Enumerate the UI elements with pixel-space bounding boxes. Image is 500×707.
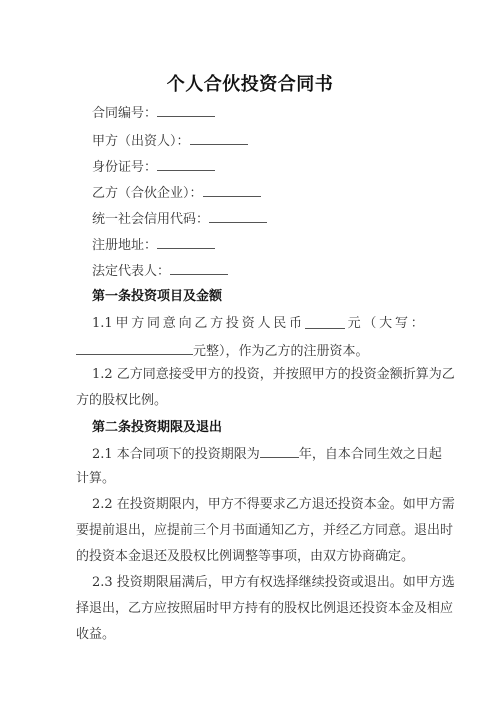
char: 投	[226, 316, 239, 332]
party-a-blank[interactable]	[190, 132, 248, 145]
field-party-b: 乙方（合伙企业）：	[92, 184, 261, 202]
clause-text: 年，自本合同生效之日起	[299, 447, 442, 462]
field-label: 合同编号：	[92, 106, 157, 121]
contract-page: 个人合伙投资合同书 合同编号： 甲方（出资人）： 身份证号： 乙方（合伙企业）：…	[0, 0, 500, 707]
clause-2-3-line1: 2.3 投资期限届满后，甲方有权选择继续投资或退出。如甲方选	[92, 575, 455, 591]
years-blank[interactable]	[260, 445, 299, 458]
clause-text: 元整），作为乙方的注册资本。	[193, 344, 369, 359]
clause-1-1-line2: 元整），作为乙方的注册资本。	[76, 342, 424, 360]
clause-2-1-line1: 2.1 本合同项下的投资期限为年，自本合同生效之日起	[92, 445, 442, 463]
amount-blank[interactable]	[305, 316, 345, 329]
char: 大	[379, 316, 392, 332]
field-credit-code: 统一社会信用代码：	[92, 210, 267, 228]
party-b-blank[interactable]	[203, 184, 261, 197]
field-legal-representative: 法定代表人：	[92, 262, 228, 280]
field-id-number: 身份证号：	[92, 158, 215, 176]
char: 方	[131, 316, 144, 332]
clause-1-1-line1: 1.1 甲 方 同 意 向 乙 方 投 资 人 民 币 元 （ 大 写 ：	[92, 316, 424, 332]
char: （	[363, 316, 376, 332]
char: 民	[273, 316, 286, 332]
contract-number-blank[interactable]	[157, 104, 215, 117]
char: 乙	[194, 316, 207, 332]
char: 资	[242, 316, 255, 332]
field-party-a: 甲方（出资人）：	[92, 132, 248, 150]
char: 意	[163, 316, 176, 332]
char: 元	[348, 316, 361, 332]
char: 写	[395, 316, 408, 332]
clause-2-2-line2: 要提前退出，应提前三个月书面通知乙方，并经乙方同意。退出时	[76, 523, 424, 539]
id-number-blank[interactable]	[157, 158, 215, 171]
clause-2-2-line3: 的投资本金退还及股权比例调整等事项，由双方协商确定。	[76, 549, 424, 565]
legal-representative-blank[interactable]	[170, 262, 228, 275]
clause-number: 1.1	[92, 316, 113, 332]
char: 同	[147, 316, 160, 332]
field-contract-number: 合同编号：	[92, 104, 215, 122]
registered-address-blank[interactable]	[157, 236, 215, 249]
document-title: 个人合伙投资合同书	[0, 70, 500, 96]
clause-2-3-line3: 收益。	[76, 627, 424, 643]
field-label: 甲方（出资人）：	[92, 134, 190, 149]
section-1-heading: 第一条投资项目及金额	[92, 289, 222, 305]
char: 人	[257, 316, 270, 332]
field-label: 注册地址：	[92, 238, 157, 253]
field-label: 统一社会信用代码：	[92, 212, 209, 227]
clause-text: 2.1 本合同项下的投资期限为	[92, 447, 260, 462]
char: ：	[411, 316, 424, 332]
credit-code-blank[interactable]	[209, 210, 267, 223]
clause-1-2-line1: 1.2 乙方同意接受甲方的投资，并按照甲方的投资金额折算为乙	[92, 367, 455, 383]
field-label: 法定代表人：	[92, 264, 170, 279]
field-label: 乙方（合伙企业）：	[92, 186, 203, 201]
amount-words-blank[interactable]	[76, 342, 193, 355]
char: 方	[210, 316, 223, 332]
clause-2-3-line2: 择退出，乙方应按照届时甲方持有的股权比例退还投资本金及相应	[76, 601, 424, 617]
char: 币	[289, 316, 302, 332]
field-registered-address: 注册地址：	[92, 236, 215, 254]
field-label: 身份证号：	[92, 160, 157, 175]
clause-1-2-line2: 方的股权比例。	[76, 393, 424, 409]
clause-2-2-line1: 2.2 在投资期限内，甲方不得要求乙方退还投资本金。如甲方需	[92, 497, 455, 513]
section-2-heading: 第二条投资期限及退出	[92, 420, 222, 436]
char: 甲	[115, 316, 128, 332]
char: 向	[179, 316, 192, 332]
clause-2-1-line2: 计算。	[76, 471, 424, 487]
